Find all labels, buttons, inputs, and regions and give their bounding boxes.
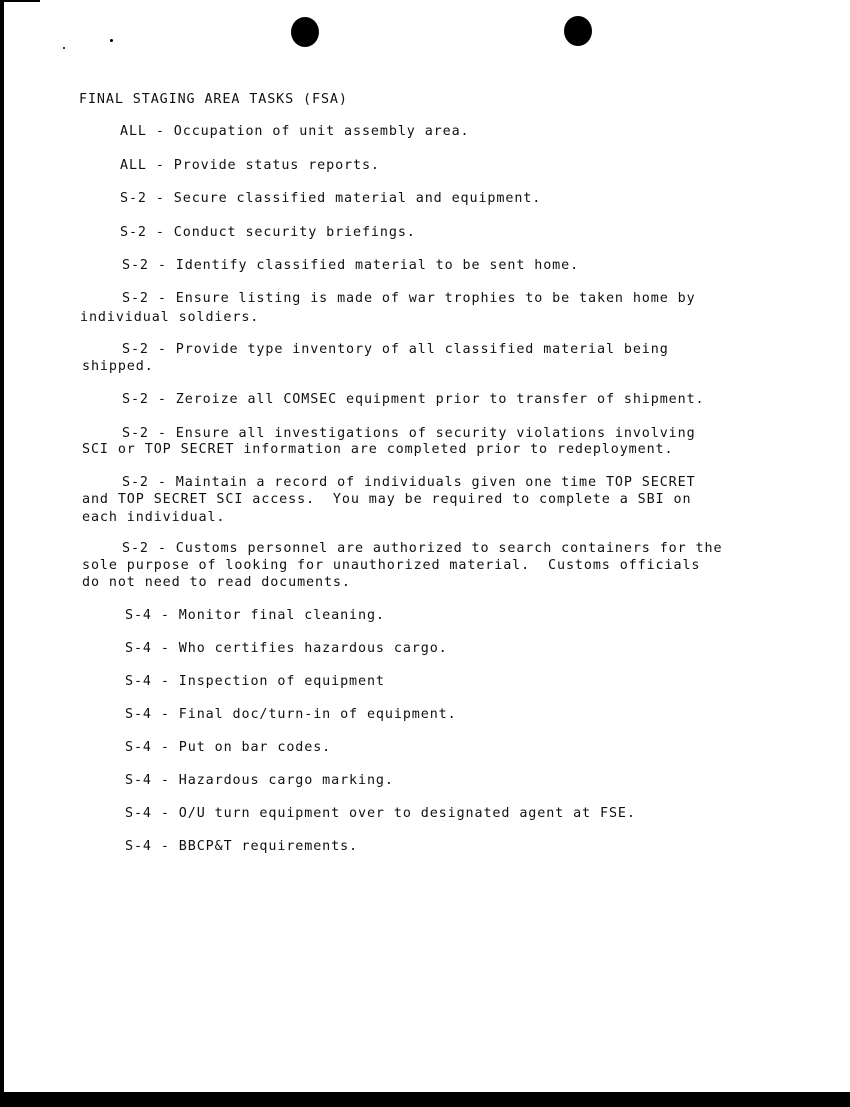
task-line: S-4 - Put on bar codes. xyxy=(125,739,331,756)
task-line-continued: do not need to read documents. xyxy=(82,574,351,591)
task-line-continued: shipped. xyxy=(82,358,154,375)
scan-speck xyxy=(63,47,65,49)
task-line-continued: sole purpose of looking for unauthorized… xyxy=(82,557,700,574)
task-line: S-4 - Who certifies hazardous cargo. xyxy=(125,640,448,657)
task-line: S-4 - BBCP&T requirements. xyxy=(125,838,358,855)
punch-hole-right xyxy=(564,16,592,46)
task-line-continued: individual soldiers. xyxy=(80,309,259,326)
task-line: S-4 - Inspection of equipment xyxy=(125,673,385,690)
scan-speck xyxy=(110,39,113,42)
task-line: S-2 - Identify classified material to be… xyxy=(122,257,579,274)
task-line: S-2 - Conduct security briefings. xyxy=(120,224,416,241)
task-line: S-4 - O/U turn equipment over to designa… xyxy=(125,805,636,822)
task-line: S-2 - Secure classified material and equ… xyxy=(120,190,541,207)
task-line: S-4 - Monitor final cleaning. xyxy=(125,607,385,624)
task-line-continued: each individual. xyxy=(82,509,225,526)
task-line: S-2 - Ensure listing is made of war trop… xyxy=(122,290,696,307)
scan-top-edge xyxy=(0,0,40,2)
page-title: FINAL STAGING AREA TASKS (FSA) xyxy=(79,91,348,108)
task-line-continued: and TOP SECRET SCI access. You may be re… xyxy=(82,491,691,508)
task-line: S-2 - Customs personnel are authorized t… xyxy=(122,540,722,557)
task-line: S-2 - Maintain a record of individuals g… xyxy=(122,474,696,491)
scan-bottom-band xyxy=(0,1092,850,1107)
task-line: S-4 - Final doc/turn-in of equipment. xyxy=(125,706,457,723)
task-line: ALL - Occupation of unit assembly area. xyxy=(120,123,470,140)
task-line: S-2 - Provide type inventory of all clas… xyxy=(122,341,669,358)
task-line: S-2 - Ensure all investigations of secur… xyxy=(122,425,696,442)
task-line: S-4 - Hazardous cargo marking. xyxy=(125,772,394,789)
scan-left-edge xyxy=(0,0,4,1107)
task-line: S-2 - Zeroize all COMSEC equipment prior… xyxy=(122,391,705,408)
task-line: ALL - Provide status reports. xyxy=(120,157,380,174)
task-line-continued: SCI or TOP SECRET information are comple… xyxy=(82,441,673,458)
punch-hole-left xyxy=(291,17,319,47)
